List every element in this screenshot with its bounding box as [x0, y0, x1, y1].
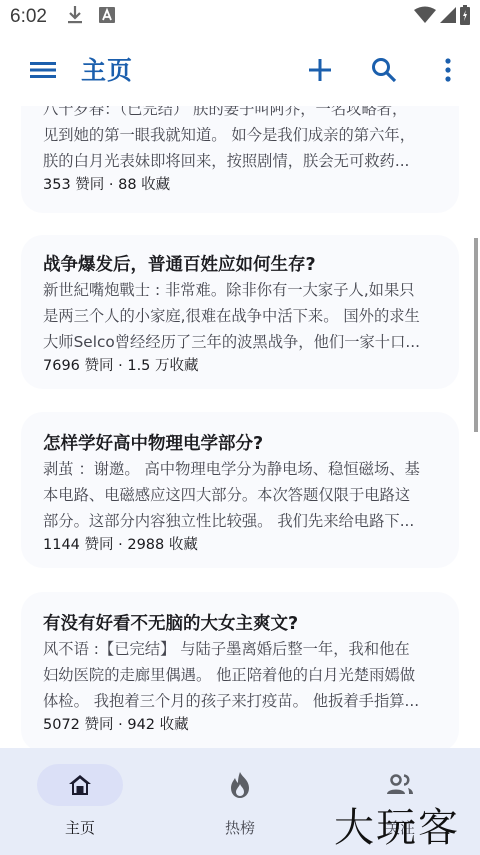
excerpt-line: 是两三个人的小家庭,很难在战争中活下来。 国外的求生: [43, 303, 437, 329]
a-notification-icon: [99, 7, 115, 27]
card-stats: 1144 赞同 · 2988 收藏: [43, 535, 437, 555]
card-excerpt: 剥茧 ：谢邀。 高中物理电学分为静电场、稳恒磁场、基 本电路、电磁感应这四大部分…: [43, 456, 437, 534]
fire-icon: [229, 771, 251, 799]
excerpt-line: 大师Selco曾经经历了三年的波黑战争，他们一家十口...: [43, 329, 437, 355]
status-time: 6:02: [10, 6, 47, 28]
excerpt-line: 见到她的第一眼我就知道。 如今是我们成亲的第六年，: [43, 122, 437, 148]
plus-icon: [309, 59, 331, 81]
wifi-icon: [414, 6, 436, 28]
nav-item-home[interactable]: 主页: [0, 764, 160, 844]
feed-list[interactable]: 八十岁春：（已完结） 朕的妻子叫阿乔，一名攻略者， 见到她的第一眼我就知道。 如…: [0, 106, 480, 748]
watermark: 大玩客: [334, 806, 460, 850]
excerpt-line: 朕的白月光表妹即将回来，按照剧情，朕会无可救药...: [43, 148, 437, 174]
card-excerpt: 八十岁春：（已完结） 朕的妻子叫阿乔，一名攻略者， 见到她的第一眼我就知道。 如…: [43, 106, 437, 174]
nav-item-hot-list[interactable]: 热榜: [160, 764, 320, 844]
scrollbar[interactable]: [474, 238, 478, 432]
card-title[interactable]: 怎样学好高中物理电学部分?: [43, 432, 437, 456]
excerpt-line: 风不语 :【已完结】 与陆子墨离婚后整一年，我和他在: [43, 636, 437, 662]
excerpt-line: 八十岁春：（已完结） 朕的妻子叫阿乔，一名攻略者，: [43, 106, 437, 122]
more-vert-icon: [444, 58, 452, 82]
more-options-button[interactable]: [430, 52, 466, 88]
excerpt-line: 妇幼医院的走廊里偶遇。 他正陪着他的白月光楚雨嫣做: [43, 662, 437, 688]
feed-card[interactable]: 有没有好看不无脑的大女主爽文? 风不语 :【已完结】 与陆子墨离婚后整一年，我和…: [21, 592, 459, 748]
menu-button[interactable]: [28, 56, 58, 84]
card-title[interactable]: 有没有好看不无脑的大女主爽文?: [43, 612, 437, 636]
card-excerpt: 风不语 :【已完结】 与陆子墨离婚后整一年，我和他在 妇幼医院的走廊里偶遇。 他…: [43, 636, 437, 714]
card-stats: 353 赞同 · 88 收藏: [43, 175, 437, 195]
nav-label: 主页: [65, 817, 95, 838]
status-left-icons: [67, 5, 115, 29]
add-button[interactable]: [302, 52, 338, 88]
feed-card[interactable]: 怎样学好高中物理电学部分? 剥茧 ：谢邀。 高中物理电学分为静电场、稳恒磁场、基…: [21, 412, 459, 568]
excerpt-line: 本电路、电磁感应这四大部分。本次答题仅限于电路这: [43, 482, 437, 508]
excerpt-line: 体检。 我抱着三个月的孩子来打疫苗。 他扳着手指算...: [43, 688, 437, 714]
card-excerpt: 新世紀嘴炮戰士 : 非常难。除非你有一大家子人,如果只 是两三个人的小家庭,很难…: [43, 277, 437, 355]
status-right-icons: [414, 5, 470, 29]
card-stats: 7696 赞同 · 1.5 万收藏: [43, 356, 437, 376]
menu-icon: [30, 61, 56, 79]
search-button[interactable]: [366, 52, 402, 88]
nav-pill: [197, 764, 283, 806]
home-icon: [68, 774, 92, 796]
nav-pill: [357, 764, 443, 806]
card-title[interactable]: 战争爆发后，普通百姓应如何生存?: [43, 253, 437, 277]
search-icon: [371, 57, 397, 83]
battery-charging-icon: [460, 5, 470, 29]
nav-label: 热榜: [225, 817, 255, 838]
excerpt-line: 剥茧 ：谢邀。 高中物理电学分为静电场、稳恒磁场、基: [43, 456, 437, 482]
page-title: 主页: [81, 51, 133, 87]
download-icon: [67, 5, 83, 29]
app-bar: 主页: [0, 34, 480, 106]
nav-pill-active: [37, 764, 123, 806]
card-stats: 5072 赞同 · 942 收藏: [43, 715, 437, 735]
feed-card[interactable]: 战争爆发后，普通百姓应如何生存? 新世紀嘴炮戰士 : 非常难。除非你有一大家子人…: [21, 235, 459, 389]
excerpt-line: 部分。这部分内容独立性比较强。 我们先来给电路下...: [43, 508, 437, 534]
people-icon: [386, 774, 414, 796]
status-bar: 6:02: [0, 0, 480, 34]
feed-card[interactable]: 八十岁春：（已完结） 朕的妻子叫阿乔，一名攻略者， 见到她的第一眼我就知道。 如…: [21, 106, 459, 213]
excerpt-line: 新世紀嘴炮戰士 : 非常难。除非你有一大家子人,如果只: [43, 277, 437, 303]
cell-signal-icon: [440, 7, 456, 27]
